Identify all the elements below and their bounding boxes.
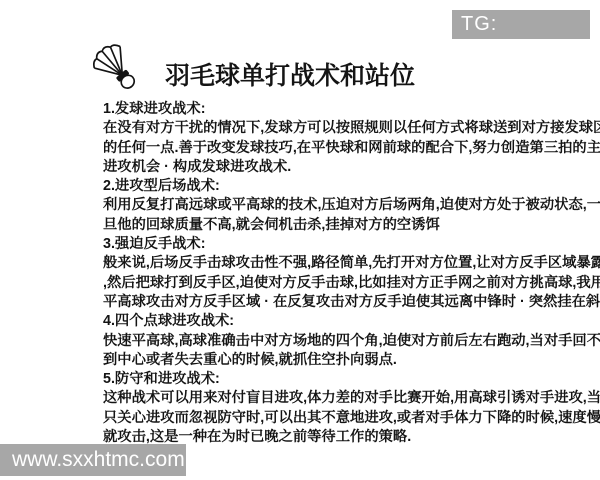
document-body: 1.发球进攻战术: 在没有对方干扰的情况下,发球方可以按照规则以任何方式将球送到…	[103, 100, 503, 447]
page-title: 羽毛球单打战术和站位	[110, 56, 470, 92]
telegram-watermark-badge: TG: MYYJJPP	[452, 10, 590, 39]
section-5-line: 这种战术可以用来对付盲目进攻,体力差的对手比赛开始,用高球引诱对手进攻,当对手	[103, 389, 503, 408]
section-4-heading: 4.四个点球进攻战术:	[103, 312, 503, 331]
section-4-line: 到中心或者失去重心的时候,就抓住空扑向弱点.	[103, 351, 503, 370]
section-2-line: 利用反复打高远球或平高球的技术,压迫对方后场两角,迫使对方处于被动状态,一	[103, 196, 503, 215]
section-3-line: 平高球攻击对方反手区域 · 在反复攻击对方反手迫使其远离中锋时 · 突然挂在斜网…	[103, 293, 503, 312]
section-3-line: 般来说,后场反手击球攻击性不强,路径简单,先打开对方位置,让对方反手区域暴露空	[103, 254, 503, 273]
section-1-heading: 1.发球进攻战术:	[103, 100, 503, 119]
section-2-heading: 2.进攻型后场战术:	[103, 177, 503, 196]
section-5-heading: 5.防守和进攻战术:	[103, 370, 503, 389]
section-2-line: 旦他的回球质量不高,就会伺机击杀,挂掉对方的空诱饵	[103, 216, 503, 235]
website-watermark-badge: www.sxxhtmc.com	[0, 444, 186, 476]
section-1-line: 在没有对方干扰的情况下,发球方可以按照规则以任何方式将球送到对方接发球区	[103, 119, 503, 138]
section-3-heading: 3.强迫反手战术:	[103, 235, 503, 254]
section-3-line: ,然后把球打到反手区,迫使对方反手击球,比如挂对方正手网之前对方挑高球,我用	[103, 274, 503, 293]
section-1-line: 的任何一点.善于改变发球技巧,在平快球和网前球的配合下,努力创造第三拍的主动	[103, 139, 503, 158]
document-page: TG: MYYJJPP 羽毛球单打战术和站位 1.发球进攻战术: 在没有对方干扰…	[0, 0, 600, 480]
section-1-line: 进攻机会 · 构成发球进攻战术.	[103, 158, 503, 177]
section-4-line: 快速平高球,高球准确击中对方场地的四个角,迫使对方前后左右跑动,当对手回不	[103, 332, 503, 351]
section-5-line: 只关心进攻而忽视防守时,可以出其不意地进攻,或者对手体力下降的时候,速度慢下来	[103, 409, 503, 428]
